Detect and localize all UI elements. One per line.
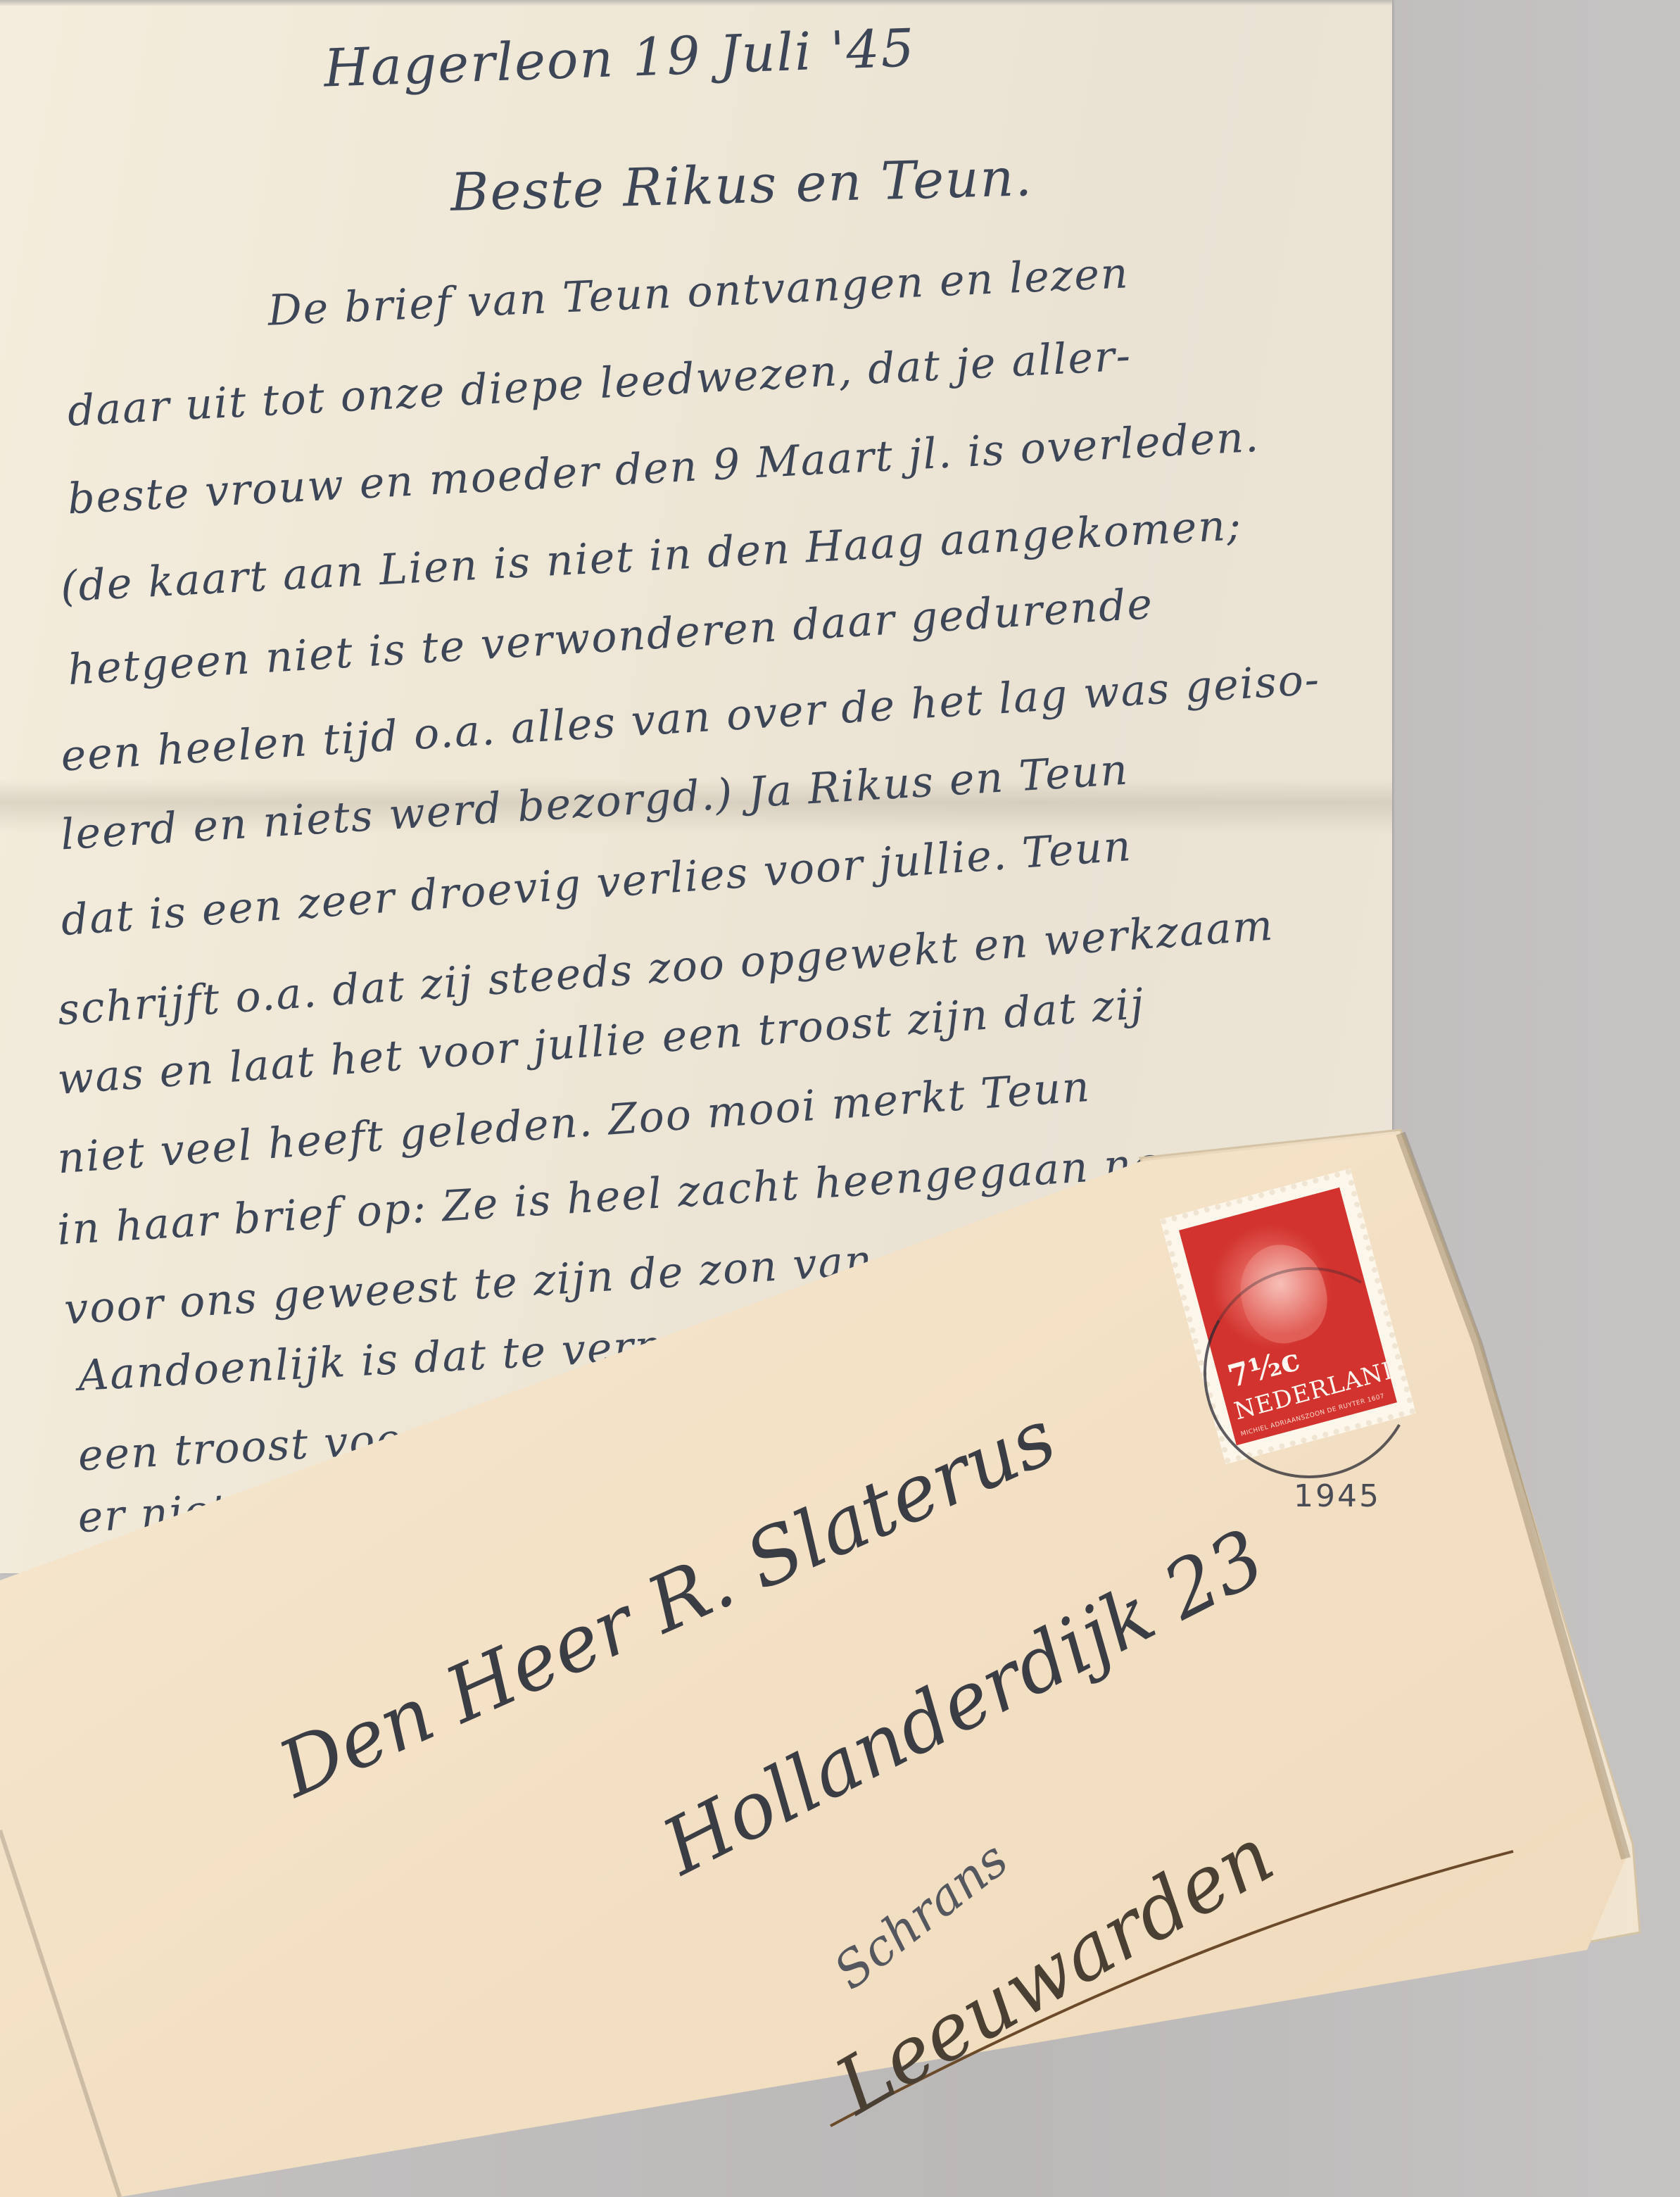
letter-line: beste vrouw en moeder den 9 Maart jl. is… [66,413,1261,524]
letter-line: De brief van Teun ontvangen en lezen [267,248,1130,335]
letter-top-edge [0,0,1392,6]
letter-sheet: Hagerleon 19 Juli '45 Beste Rikus en Teu… [0,0,1392,1573]
letter-salutation: Beste Rikus en Teun. [450,147,1034,223]
letter-line: bellijs ... [80,1685,278,1744]
letter-line: daar uit tot onze diepe leedwezen, dat j… [66,331,1132,436]
letter-place-date: Hagerleon 19 Juli '45 [323,18,916,99]
postmark-year: 1945 [1294,1478,1381,1514]
